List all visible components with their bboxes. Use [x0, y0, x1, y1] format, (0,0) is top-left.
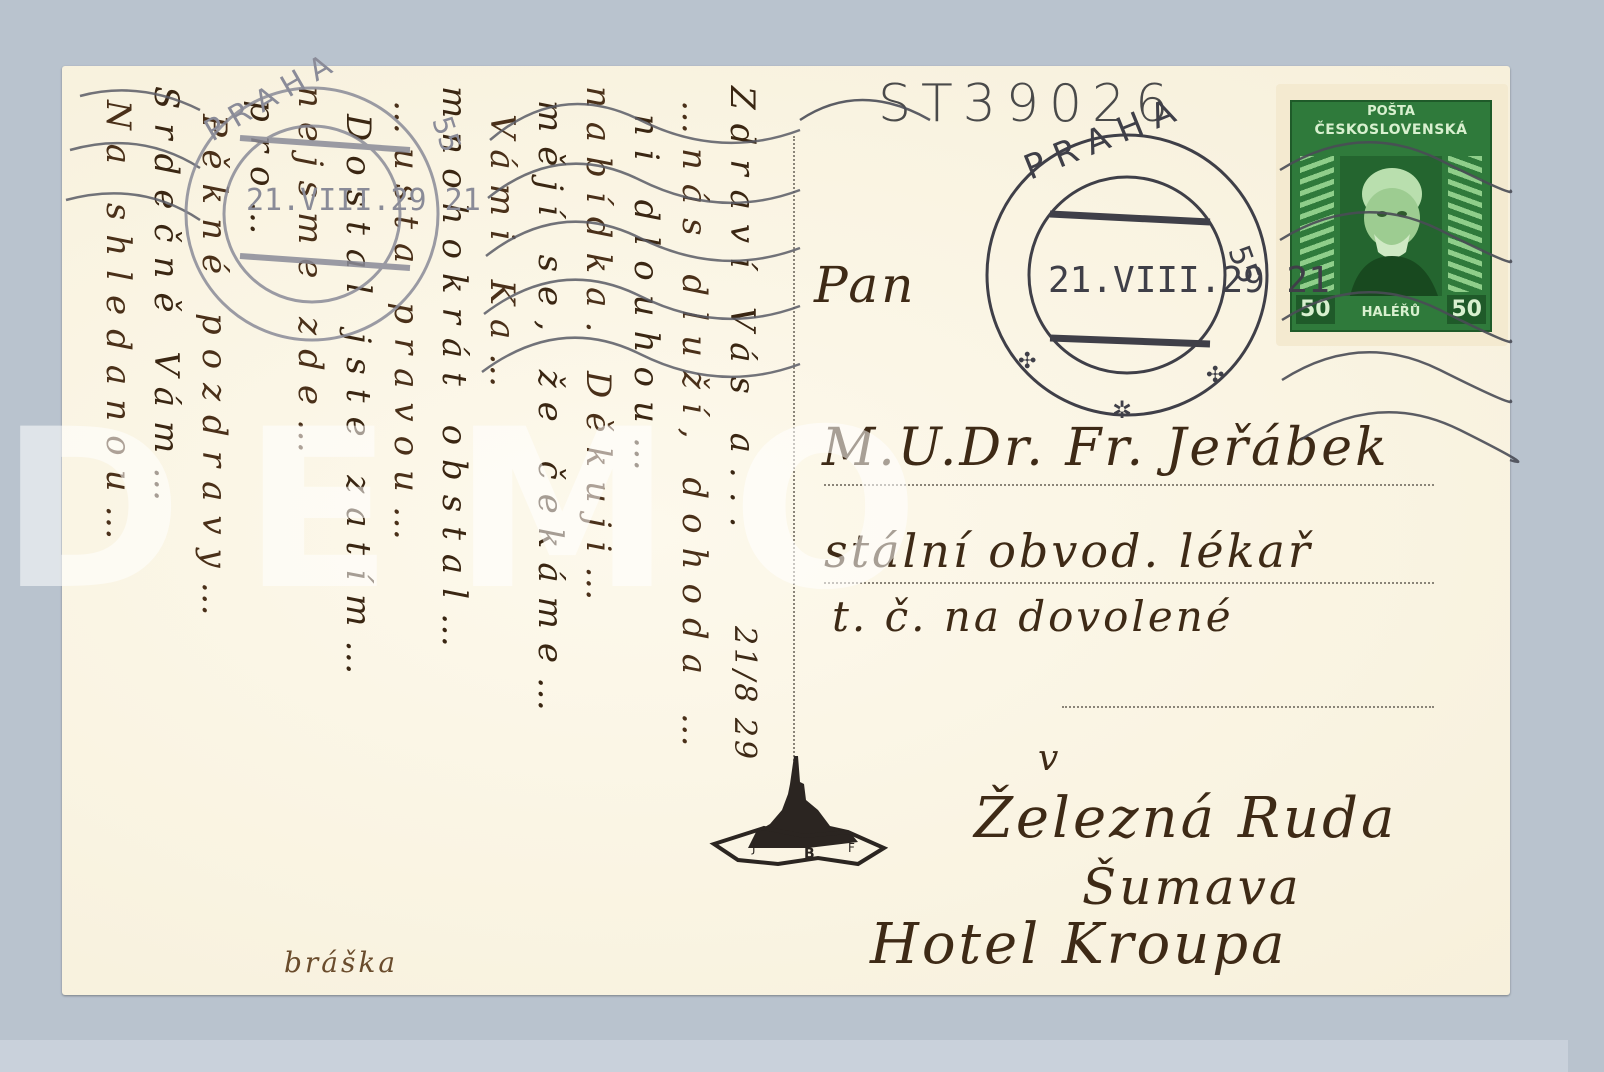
svg-text:✣: ✣: [1206, 363, 1224, 388]
svg-text:21.VIII.29 21: 21.VIII.29 21: [246, 183, 481, 218]
cancellation-overlay: P R A H A 55 21.VIII.29 21 ✣ ✣ ✲ P R A H…: [0, 0, 1568, 1072]
svg-text:P R A H A: P R A H A: [199, 48, 339, 149]
svg-text:55: 55: [425, 112, 467, 156]
svg-text:✣: ✣: [1018, 349, 1036, 374]
svg-text:✲: ✲: [1112, 396, 1132, 424]
svg-text:P R A H A: P R A H A: [1018, 92, 1181, 189]
svg-text:21.VIII.29 21: 21.VIII.29 21: [1048, 260, 1330, 301]
